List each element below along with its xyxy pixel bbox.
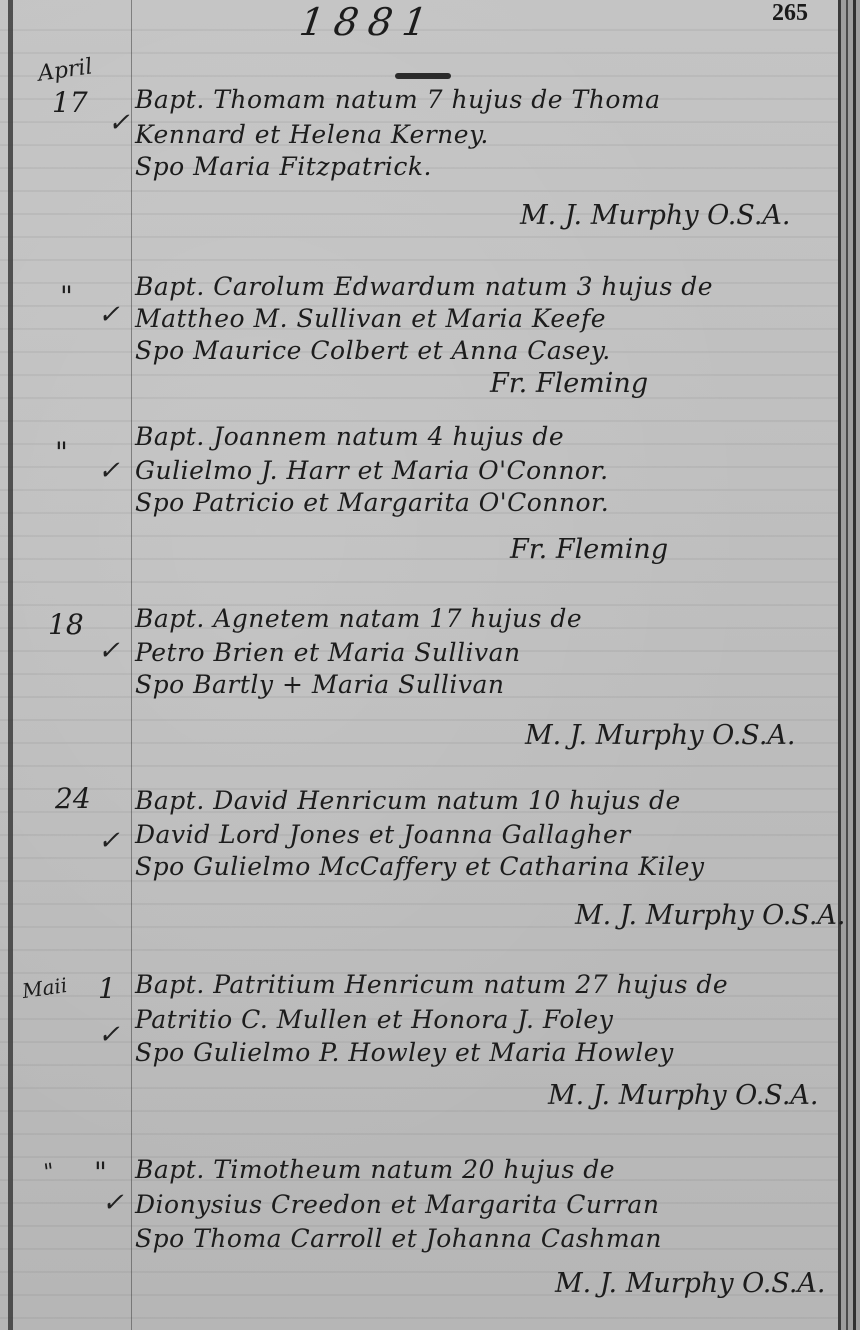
entry-line: Patritio C. Mullen et Honora J. Foley [135, 1005, 613, 1034]
right-border-rule [838, 0, 841, 1330]
entry-line: Bapt. Joannem natum 4 hujus de [135, 422, 564, 451]
right-border-strip [841, 0, 860, 1330]
entry-day: 17 [52, 86, 88, 119]
entry-line: Bapt. David Henricum natum 10 hujus de [135, 786, 681, 815]
check-mark-icon: ✓ [98, 456, 120, 486]
entry-day: " [55, 436, 68, 469]
entry-line: Petro Brien et Maria Sullivan [135, 638, 521, 667]
entry-line: Spo Gulielmo P. Howley et Maria Howley [135, 1038, 674, 1067]
entry-line: Spo Gulielmo McCaffery et Catharina Kile… [135, 852, 705, 881]
priest-signature: M. J. Murphy O.S.A. [520, 200, 791, 231]
check-mark-icon: ✓ [98, 636, 120, 666]
check-mark-icon: ✓ [108, 108, 130, 138]
entry-line: Bapt. Agnetem natam 17 hujus de [135, 604, 582, 633]
entry-day: " [60, 280, 73, 313]
entry-day: 1 [98, 972, 116, 1005]
entry-line: Spo Maria Fitzpatrick. [135, 152, 432, 181]
entry-day: 24 [55, 782, 91, 815]
entry-line: Bapt. Patritium Henricum natum 27 hujus … [135, 970, 728, 999]
entry-line: David Lord Jones et Joanna Gallagher [135, 820, 631, 849]
entry-day: 18 [48, 608, 84, 641]
entry-day: " [94, 1156, 107, 1189]
entry-line: Spo Thoma Carroll et Johanna Cashman [135, 1224, 662, 1253]
ink-smudge [395, 73, 451, 79]
entry-line: Mattheo M. Sullivan et Maria Keefe [135, 304, 606, 333]
register-page: 1881 265 April 17 ✓ Bapt. Thomam natum 7… [0, 0, 860, 1330]
entry-line: Kennard et Helena Kerney. [135, 120, 489, 149]
check-mark-icon: ✓ [98, 1020, 120, 1050]
entry-line: Spo Maurice Colbert et Anna Casey. [135, 336, 611, 365]
priest-signature: M. J. Murphy O.S.A. [575, 900, 846, 931]
priest-signature: Fr. Fleming [490, 368, 648, 399]
entry-line: Gulielmo J. Harr et Maria O'Connor. [135, 456, 609, 485]
entry-line: Dionysius Creedon et Margarita Curran [135, 1190, 659, 1219]
entry-line: Bapt. Carolum Edwardum natum 3 hujus de [135, 272, 713, 301]
priest-signature: M. J. Murphy O.S.A. [548, 1080, 819, 1111]
check-mark-icon: ✓ [102, 1188, 124, 1218]
binding-edge [8, 0, 13, 1330]
entry-line: Bapt. Timotheum natum 20 hujus de [135, 1155, 615, 1184]
right-border-rule [853, 0, 856, 1330]
margin-rule [131, 0, 132, 1330]
page-number: 265 [772, 0, 808, 27]
priest-signature: M. J. Murphy O.S.A. [525, 720, 796, 751]
entry-line: Spo Bartly + Maria Sullivan [135, 670, 505, 699]
check-mark-icon: ✓ [98, 300, 120, 330]
right-border-rule [846, 0, 848, 1330]
page-year: 1881 [297, 0, 440, 44]
entry-line: Bapt. Thomam natum 7 hujus de Thoma [135, 85, 660, 114]
check-mark-icon: ✓ [98, 826, 120, 856]
entry-line: Spo Patricio et Margarita O'Connor. [135, 488, 609, 517]
priest-signature: Fr. Fleming [510, 534, 668, 565]
priest-signature: M. J. Murphy O.S.A. [555, 1268, 826, 1299]
